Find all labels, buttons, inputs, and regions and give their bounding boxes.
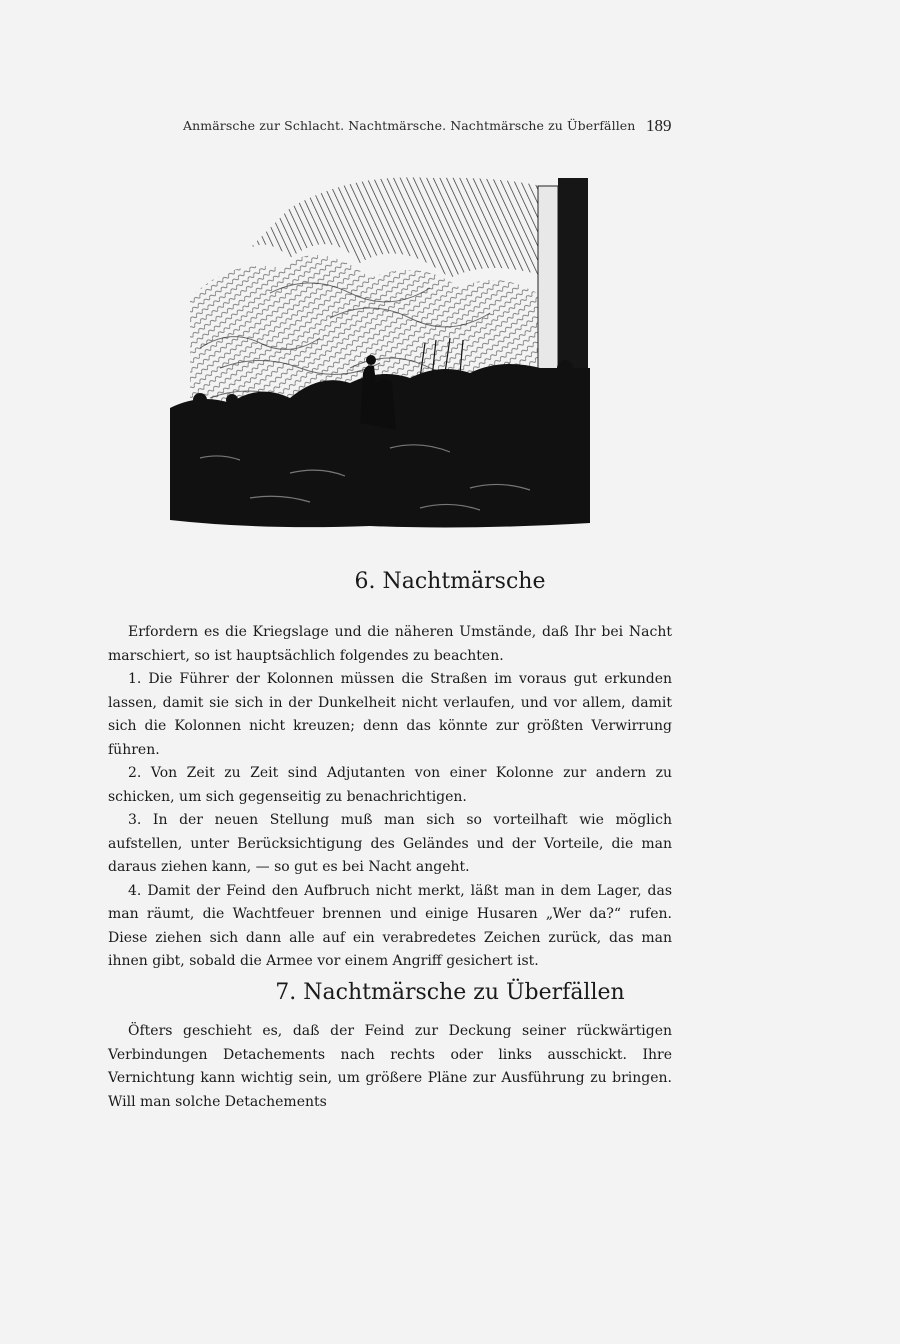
list-item: 3. In der neuen Stellung muß man sich so… — [108, 809, 672, 880]
paragraph: Öfters geschieht es, daß der Feind zur D… — [108, 1020, 672, 1114]
section-heading-7: 7. Nachtmärsche zu Überfällen — [0, 980, 900, 1005]
list-item: 4. Damit der Feind den Aufbruch nicht me… — [108, 880, 672, 974]
list-item: 2. Von Zeit zu Zeit sind Adjutanten von … — [108, 762, 672, 809]
section-6-body: Erfordern es die Kriegslage und die nähe… — [108, 621, 672, 974]
book-page: Anmärsche zur Schlacht. Nachtmärsche. Na… — [0, 0, 900, 1344]
section-heading-6: 6. Nachtmärsche — [0, 569, 900, 594]
section-7-body: Öfters geschieht es, daß der Feind zur D… — [108, 1020, 672, 1114]
list-item: 1. Die Führer der Kolonnen müssen die St… — [108, 668, 672, 762]
woodcut-illustration-icon — [170, 168, 590, 530]
running-head: Anmärsche zur Schlacht. Nachtmärsche. Na… — [183, 118, 583, 133]
page-number: 189 — [646, 116, 672, 136]
paragraph: Erfordern es die Kriegslage und die nähe… — [108, 621, 672, 668]
